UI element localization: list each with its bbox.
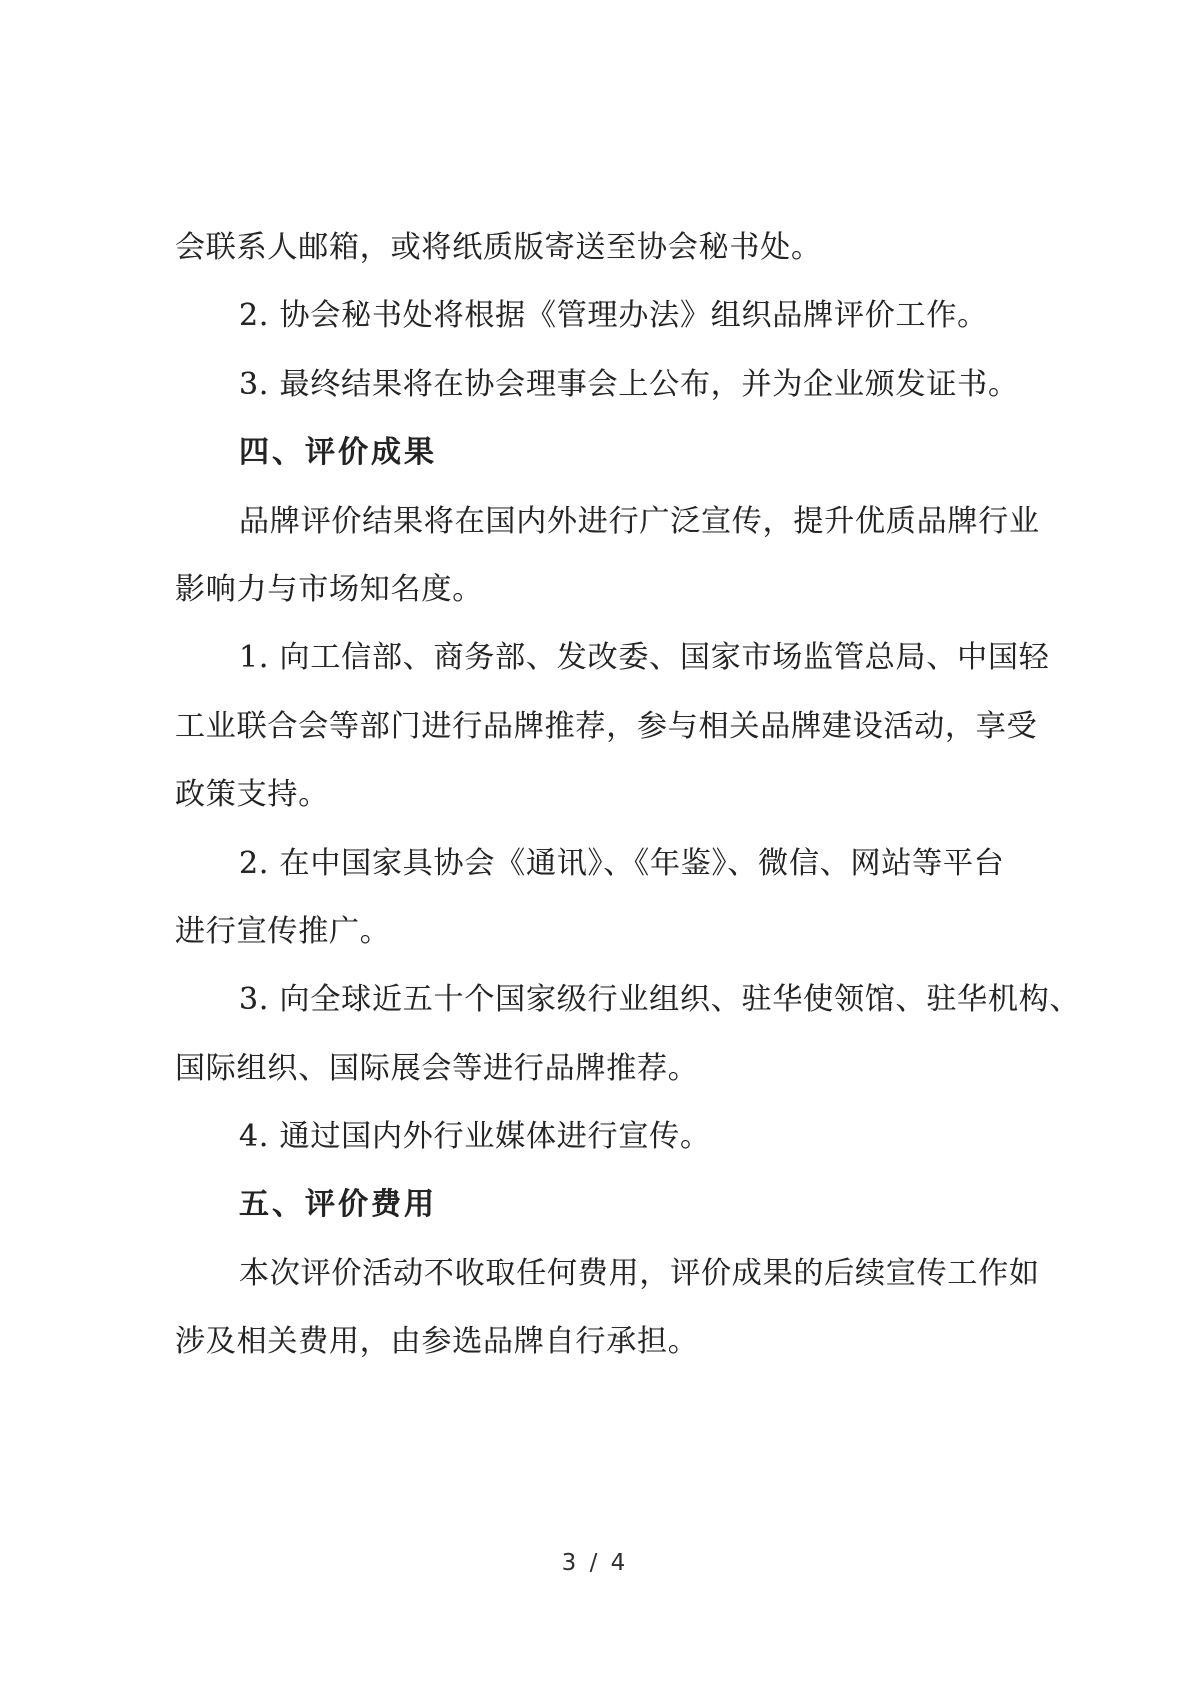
document-line: 涉及相关费用，由参选品牌自行承担。: [175, 1308, 1045, 1376]
document-line: 3. 向全球近五十个国家级行业组织、驻华使领馆、驻华机构、: [175, 966, 1045, 1034]
document-line: 4. 通过国内外行业媒体进行宣传。: [175, 1103, 1045, 1171]
document-line: 会联系人邮箱，或将纸质版寄送至协会秘书处。: [175, 214, 1045, 282]
document-line: 3. 最终结果将在协会理事会上公布，并为企业颁发证书。: [175, 351, 1045, 419]
document-body: 会联系人邮箱，或将纸质版寄送至协会秘书处。2. 协会秘书处将根据《管理办法》组织…: [175, 214, 1045, 1377]
document-line: 进行宣传推广。: [175, 898, 1045, 966]
document-line: 工业联合会等部门进行品牌推荐，参与相关品牌建设活动，享受: [175, 693, 1045, 761]
document-line: 影响力与市场知名度。: [175, 556, 1045, 624]
document-line: 品牌评价结果将在国内外进行广泛宣传，提升优质品牌行业: [175, 488, 1045, 556]
document-line: 2. 协会秘书处将根据《管理办法》组织品牌评价工作。: [175, 282, 1045, 350]
document-page: 会联系人邮箱，或将纸质版寄送至协会秘书处。2. 协会秘书处将根据《管理办法》组织…: [0, 0, 1190, 1682]
section-heading: 五、评价费用: [175, 1171, 1045, 1239]
document-line: 本次评价活动不收取任何费用，评价成果的后续宣传工作如: [175, 1240, 1045, 1308]
section-heading: 四、评价成果: [175, 419, 1045, 487]
page-footer: 3 / 4: [0, 1550, 1190, 1576]
document-line: 2. 在中国家具协会《通讯》、《年鉴》、微信、网站等平台: [175, 830, 1045, 898]
document-line: 1. 向工信部、商务部、发改委、国家市场监管总局、中国轻: [175, 624, 1045, 692]
page-number: 3 / 4: [562, 1550, 629, 1576]
document-line: 国际组织、国际展会等进行品牌推荐。: [175, 1035, 1045, 1103]
document-line: 政策支持。: [175, 761, 1045, 829]
